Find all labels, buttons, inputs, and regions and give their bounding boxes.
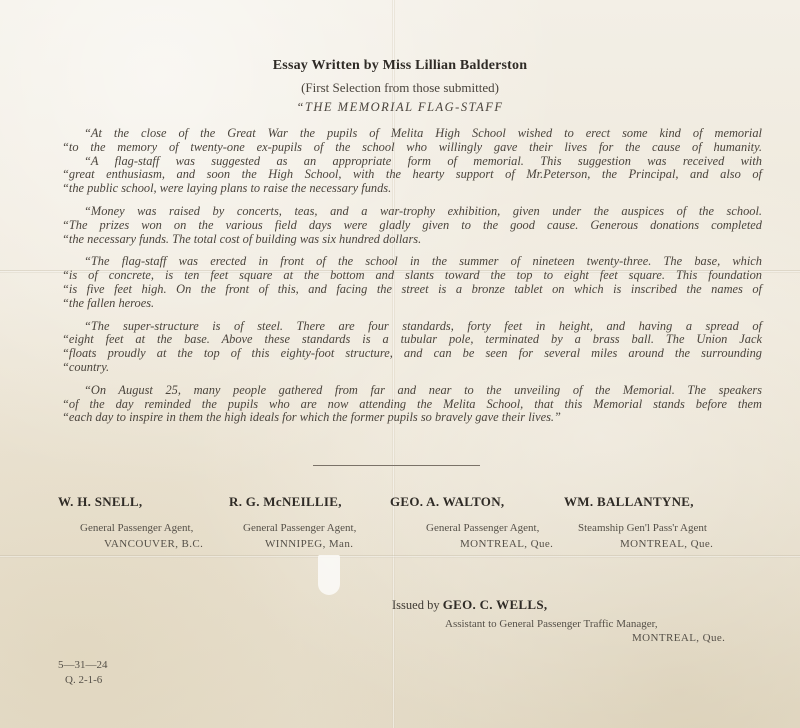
agent-name: GEO. A. WALTON, [390,494,553,510]
text-line: “A flag-staff was suggested as an approp… [62,155,762,169]
text-line: “The super-structure is of steel. There … [62,320,762,334]
text-line: “great enthusiasm, and soon the High Sch… [62,168,762,182]
agent-city: WINNIPEG, Man. [265,538,356,550]
text-line: “eight feet at the base. Above these sta… [62,333,762,347]
issuer-city: MONTREAL, Que. [632,632,725,644]
agent-title: General Passenger Agent, [426,522,553,534]
text-line: “On August 25, many people gathered from… [62,384,762,398]
agent-block-montreal-walton: GEO. A. WALTON, General Passenger Agent,… [390,494,553,550]
section-divider [313,465,480,466]
issued-by-line: Issued by GEO. C. WELLS, [392,597,547,613]
reference-code: Q. 2-1-6 [65,674,102,686]
agent-name: W. H. SNELL, [58,494,203,510]
agent-city: VANCOUVER, B.C. [104,538,203,550]
text-line: “The flag-staff was erected in front of … [62,255,762,269]
issued-by-prefix: Issued by [392,598,443,612]
text-line: “to the memory of twenty-one ex-pupils o… [62,141,762,155]
paragraph-6: “On August 25, many people gathered from… [62,384,762,425]
paragraph-3: “Money was raised by concerts, teas, and… [62,205,762,246]
paragraph-1: “At the close of the Great War the pupil… [62,127,762,155]
text-line: “The prizes won on the various field day… [62,219,762,233]
print-date-code: 5—31—24 [58,659,108,671]
text-line: “the necessary funds. The total cost of … [62,233,762,247]
text-line: “Money was raised by concerts, teas, and… [62,205,762,219]
essay-title: “THE MEMORIAL FLAG-STAFF [0,100,800,115]
agent-name: WM. BALLANTYNE, [564,494,713,510]
agent-block-winnipeg: R. G. McNEILLIE, General Passenger Agent… [229,494,356,550]
text-line: “the public school, were laying plans to… [62,182,762,196]
agent-title: General Passenger Agent, [243,522,356,534]
agent-block-vancouver: W. H. SNELL, General Passenger Agent, VA… [58,494,203,550]
agent-city: MONTREAL, Que. [460,538,553,550]
paragraph-5: “The super-structure is of steel. There … [62,320,762,375]
text-line: “the fallen heroes. [62,297,762,311]
text-line: “country. [62,361,762,375]
essay-body: “At the close of the Great War the pupil… [62,127,762,434]
text-line: “each day to inspire in them the high id… [62,411,762,425]
text-line: “is five feet high. On the front of this… [62,283,762,297]
issuer-title: Assistant to General Passenger Traffic M… [445,618,658,630]
text-line: “floats proudly at the top of this eight… [62,347,762,361]
paper-tear [318,555,340,595]
agent-title: General Passenger Agent, [80,522,203,534]
paragraph-4: “The flag-staff was erected in front of … [62,255,762,310]
agent-city: MONTREAL, Que. [620,538,713,550]
issuer-name: GEO. C. WELLS, [443,597,548,612]
agent-name: R. G. McNEILLIE, [229,494,356,510]
agent-title: Steamship Gen'l Pass'r Agent [578,522,713,534]
horizontal-fold-crease-lower [0,555,800,558]
document-title: Essay Written by Miss Lillian Balderston [0,58,800,74]
agent-block-montreal-ballantyne: WM. BALLANTYNE, Steamship Gen'l Pass'r A… [564,494,713,550]
text-line: “At the close of the Great War the pupil… [62,127,762,141]
document-subtitle: (First Selection from those submitted) [0,80,800,96]
text-line: “is of concrete, is ten feet square at t… [62,269,762,283]
text-line: “of the day reminded the pupils who are … [62,398,762,412]
paragraph-2: “A flag-staff was suggested as an approp… [62,155,762,196]
